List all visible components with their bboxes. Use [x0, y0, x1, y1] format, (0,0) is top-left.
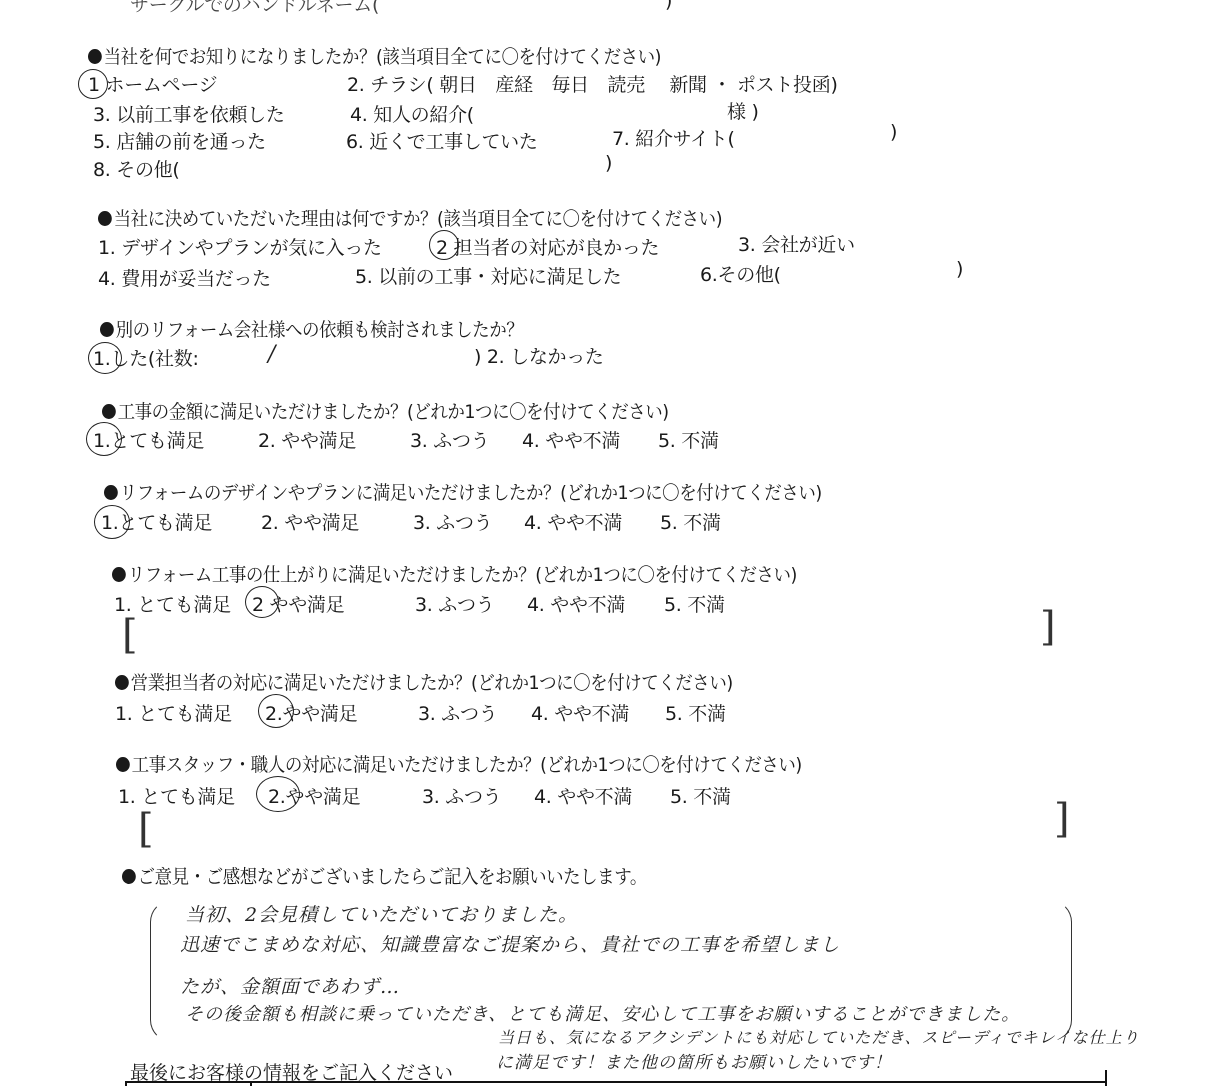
- q2-option-5[interactable]: 5. 以前の工事・対応に満足した: [355, 262, 621, 289]
- q6-option-5[interactable]: 5. 不満: [664, 590, 725, 617]
- bullet-icon: [102, 404, 116, 419]
- q1-option-4[interactable]: 4. 知人の紹介(: [350, 100, 474, 127]
- q3-title: 別のリフォーム会社様への依頼も検討されましたか？: [100, 315, 523, 342]
- q5-option-4[interactable]: 4. やや不満: [524, 508, 622, 535]
- q6-option-4[interactable]: 4. やや不満: [527, 590, 625, 617]
- q7-option-1[interactable]: 1. とても満足: [115, 699, 232, 726]
- q1-option-8[interactable]: 8. その他(: [93, 155, 179, 182]
- q8-option-4[interactable]: 4. やや不満: [534, 782, 632, 809]
- q4-option-4[interactable]: 4. やや不満: [522, 426, 620, 453]
- q2-option-6-close: ): [956, 258, 963, 280]
- q4-option-5[interactable]: 5. 不満: [658, 426, 719, 453]
- footer-table-divider: [250, 1081, 252, 1086]
- q8-option-2[interactable]: 2.やや満足: [268, 782, 360, 809]
- q8-option-3[interactable]: 3. ふつう: [422, 782, 501, 809]
- q5-option-3[interactable]: 3. ふつう: [413, 508, 492, 535]
- q6-title: リフォーム工事の仕上がりに満足いただけましたか？(どれか1つに〇を付けてください…: [112, 560, 797, 587]
- q1-option-2[interactable]: 2. チラシ( 朝日 産経 毎日 読売 新聞 ・ ポスト投函): [347, 70, 838, 97]
- q3-option-1[interactable]: 1.した(社数:: [93, 344, 199, 371]
- comments-title: ご意見・ご感想などがございましたらご記入をお願いいたします。: [122, 862, 647, 889]
- q5-option-5[interactable]: 5. 不満: [660, 508, 721, 535]
- q2-title: 当社に決めていただいた理由は何ですか？(該当項目全てに〇を付けてください): [98, 204, 722, 231]
- q1-option-1[interactable]: 1 ホームページ: [88, 70, 217, 97]
- q1-option-7-close: ): [890, 121, 897, 143]
- q6-comment-open-bracket: [: [122, 612, 138, 658]
- q7-option-5[interactable]: 5. 不満: [665, 699, 726, 726]
- q8-option-1[interactable]: 1. とても満足: [118, 782, 235, 809]
- q8-option-5[interactable]: 5. 不満: [670, 782, 731, 809]
- q1-option-8-close: ): [605, 152, 612, 174]
- q3-option-2[interactable]: ) 2. しなかった: [474, 342, 604, 369]
- q5-title: リフォームのデザインやプランに満足いただけましたか？(どれか1つに〇を付けてくだ…: [104, 478, 822, 505]
- footer-table-top-border: [125, 1081, 1105, 1083]
- q8-comment-open-bracket: [: [138, 806, 154, 852]
- comment-line-4: その後金額も相談に乗っていただき、とても満足、安心して工事をお願いすることができ…: [185, 1000, 1020, 1026]
- bullet-icon: [122, 869, 136, 884]
- q7-option-2[interactable]: 2.やや満足: [265, 699, 357, 726]
- q2-option-4[interactable]: 4. 費用が妥当だった: [98, 264, 271, 291]
- q4-option-1[interactable]: 1.とても満足: [93, 426, 204, 453]
- q3-handwritten-count: /: [268, 342, 276, 367]
- handle-name-label: サークルでのハンドルネーム(: [130, 0, 379, 17]
- q7-option-4[interactable]: 4. やや不満: [531, 699, 629, 726]
- q2-option-1[interactable]: 1. デザインやプランが気に入った: [98, 233, 382, 260]
- bullet-icon: [104, 485, 118, 500]
- q7-option-3[interactable]: 3. ふつう: [418, 699, 497, 726]
- q5-option-1[interactable]: 1.とても満足: [101, 508, 212, 535]
- comment-line-2: 迅速でこまめな対応、知識豊富なご提案から、貴社での工事を希望しまし: [180, 930, 840, 957]
- q1-option-3[interactable]: 3. 以前工事を依頼した: [93, 100, 285, 127]
- q1-option-7[interactable]: 7. 紹介サイト(: [612, 124, 735, 151]
- comment-line-1: 当初、2会見積していただいておりました。: [185, 900, 578, 927]
- q6-comment-close-bracket: ]: [1040, 604, 1056, 650]
- q4-title: 工事の金額に満足いただけましたか？(どれか1つに〇を付けてください): [102, 397, 669, 424]
- q1-option-5[interactable]: 5. 店舗の前を通った: [93, 127, 266, 154]
- footer-table-right-border: [1105, 1070, 1107, 1086]
- handle-name-close: ): [665, 0, 672, 12]
- q1-title: 当社を何でお知りになりましたか？(該当項目全てに〇を付けてください): [88, 42, 661, 69]
- comment-line-6: に満足です！また他の箇所もお願いしたいです！: [496, 1048, 892, 1073]
- q2-option-6[interactable]: 6.その他(: [700, 260, 781, 287]
- q1-option-6[interactable]: 6. 近くで工事していた: [346, 127, 538, 154]
- q6-option-2[interactable]: 2 やや満足: [252, 590, 344, 617]
- q1-option-4-suffix: 様 ): [727, 97, 759, 124]
- bullet-icon: [116, 757, 130, 772]
- q8-comment-close-bracket: ]: [1054, 796, 1070, 842]
- q5-option-2[interactable]: 2. やや満足: [261, 508, 359, 535]
- q4-option-3[interactable]: 3. ふつう: [410, 426, 489, 453]
- q2-option-3[interactable]: 3. 会社が近い: [738, 230, 855, 257]
- q2-option-2[interactable]: 2 担当者の対応が良かった: [436, 233, 659, 260]
- comment-line-5: 当日も、気になるアクシデントにも対応していただき、スピーディでキレイな仕上り: [498, 1025, 1140, 1048]
- q7-title: 営業担当者の対応に満足いただけましたか？(どれか1つに〇を付けてください): [115, 668, 733, 695]
- bullet-icon: [98, 211, 112, 226]
- bullet-icon: [100, 322, 114, 337]
- comment-line-3: たが、金額面であわず…: [180, 972, 400, 999]
- bullet-icon: [112, 567, 126, 582]
- q8-title: 工事スタッフ・職人の対応に満足いただけましたか？(どれか1つに〇を付けてください…: [116, 750, 802, 777]
- footer-table-left-border: [125, 1081, 127, 1086]
- bullet-icon: [88, 49, 102, 64]
- q4-option-2[interactable]: 2. やや満足: [258, 426, 356, 453]
- q6-option-3[interactable]: 3. ふつう: [415, 590, 494, 617]
- bullet-icon: [115, 675, 129, 690]
